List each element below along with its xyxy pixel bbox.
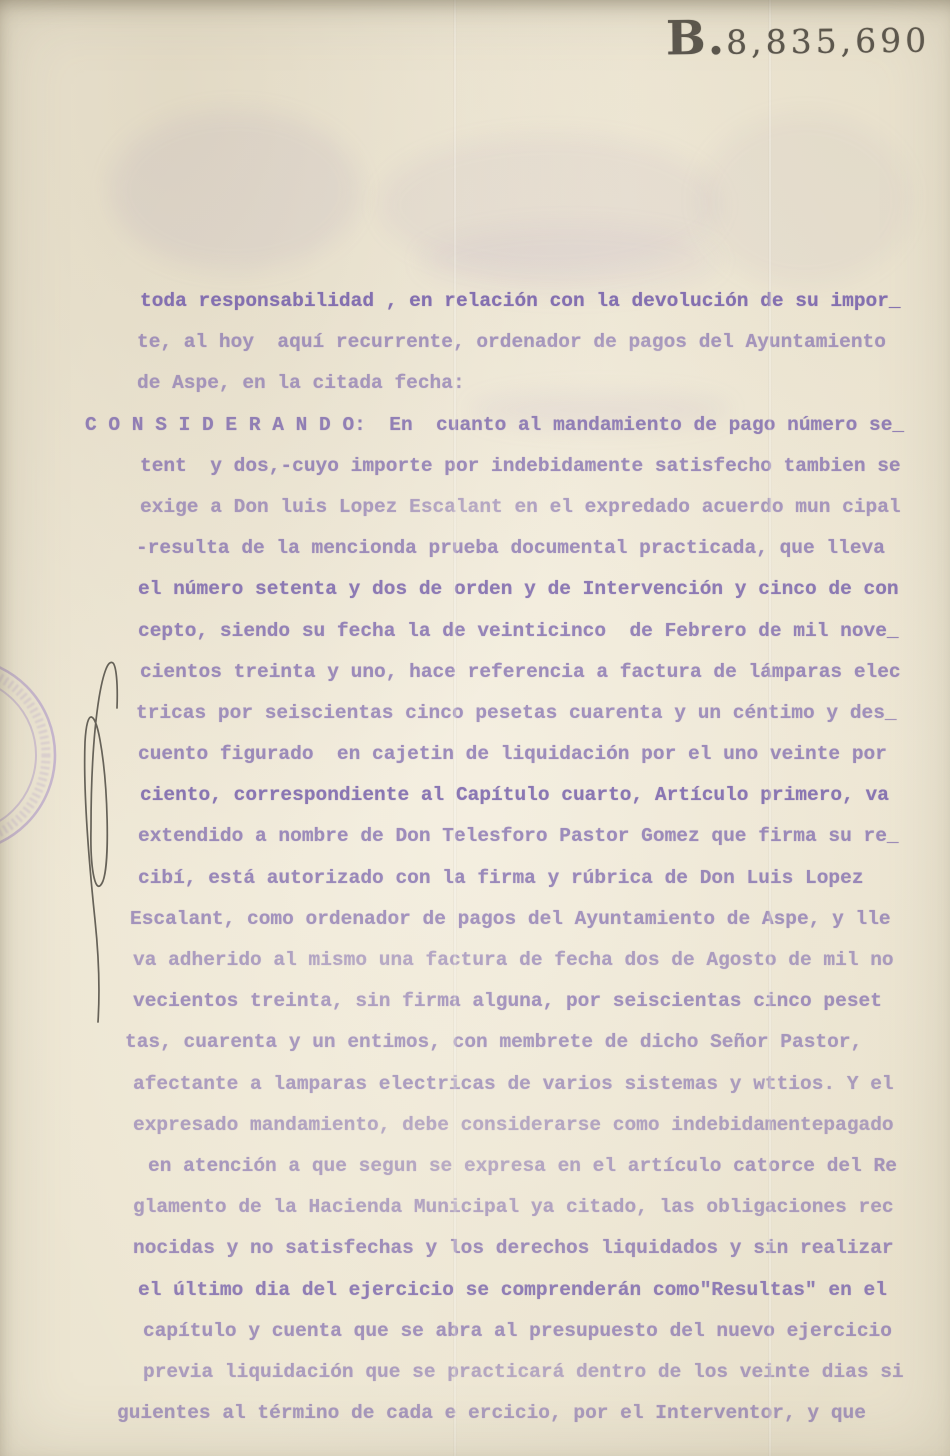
text-line: expresado mandamiento, debe considerarse… (0, 1105, 950, 1146)
ghost-smudge (380, 135, 720, 275)
text-line: cientos treinta y uno, hace referencia a… (0, 652, 950, 693)
text-line: te, al hoy aquí recurrente, ordenador de… (0, 322, 950, 363)
text-line: el último dia del ejercicio se comprende… (0, 1270, 950, 1311)
text-line: tas, cuarenta y un entimos, con membrete… (0, 1022, 950, 1063)
text-line: de Aspe, en la citada fecha: (0, 363, 950, 404)
ghost-smudge (700, 115, 910, 285)
text-line: ciento, correspondiente al Capítulo cuar… (0, 775, 950, 816)
text-line: nocidas y no satisfechas y los derechos … (0, 1228, 950, 1269)
text-line: Escalant, como ordenador de pagos del Ay… (0, 899, 950, 940)
text-line: cuento figurado en cajetin de liquidació… (0, 734, 950, 775)
text-line: tricas por seiscientas cinco pesetas cua… (0, 693, 950, 734)
ghost-smudge (110, 110, 360, 270)
text-line: afectante a lamparas electricas de vario… (0, 1064, 950, 1105)
text-line: cepto, siendo su fecha la de veinticinco… (0, 611, 950, 652)
text-line: capítulo y cuenta que se abra al presupu… (0, 1311, 950, 1352)
text-line: tent y dos,-cuyo importe por indebidamen… (0, 446, 950, 487)
text-line: el número setenta y dos de orden y de In… (0, 569, 950, 610)
typewritten-text: toda responsabilidad , en relación con l… (0, 281, 950, 1434)
serial-number-stamp: B.8,835,690 (666, 9, 931, 67)
text-line: vecientos treinta, sin firma alguna, por… (0, 981, 950, 1022)
text-line: cibí, está autorizado con la firma y rúb… (0, 858, 950, 899)
text-line: guientes al término de cada e ercicio, p… (0, 1393, 950, 1434)
text-line: en atención a que segun se expresa en el… (0, 1146, 950, 1187)
text-line: extendido a nombre de Don Telesforo Past… (0, 816, 950, 857)
text-line: previa liquidación que se practicará den… (0, 1352, 950, 1393)
text-line: -resulta de la mencionda prueba document… (0, 528, 950, 569)
text-line: toda responsabilidad , en relación con l… (0, 281, 950, 322)
text-line: C O N S I D E R A N D O: En cuanto al ma… (0, 405, 950, 446)
scanned-document-page: B.8,835,690 toda responsabilidad , en re… (0, 0, 950, 1456)
text-line: glamento de la Hacienda Municipal ya cit… (0, 1187, 950, 1228)
text-line: exige a Don luis Lopez Escalant en el ex… (0, 487, 950, 528)
text-line: va adherido al mismo una factura de fech… (0, 940, 950, 981)
